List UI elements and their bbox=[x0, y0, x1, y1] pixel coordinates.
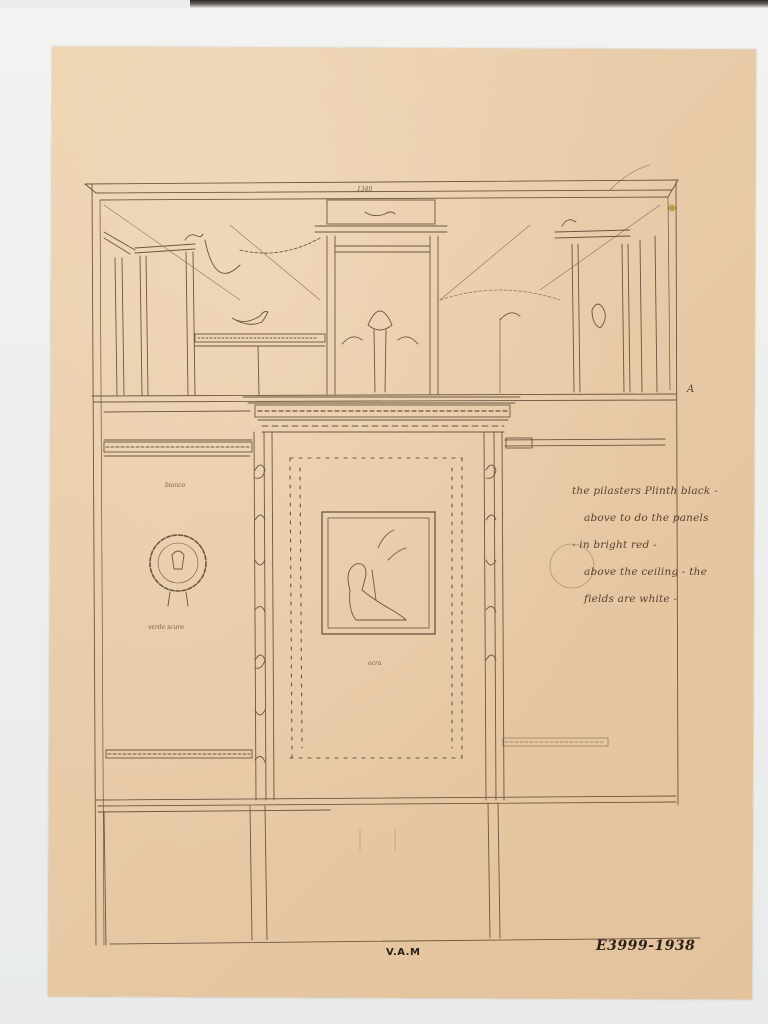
left-panel-caption-bottom: verde scuro bbox=[148, 624, 184, 631]
wreath-medallion-left bbox=[150, 535, 206, 591]
note-line: above to do the panels bbox=[572, 505, 752, 532]
central-entablature bbox=[243, 397, 520, 432]
central-panel-border bbox=[290, 458, 462, 758]
right-upper-pavilion bbox=[440, 220, 657, 393]
pilaster-right bbox=[484, 432, 504, 800]
figure-ornament-right bbox=[592, 304, 605, 328]
note-line: the pilasters Plinth black - bbox=[572, 478, 752, 505]
bird-shelf-left bbox=[195, 312, 325, 396]
central-panel-caption: ocra bbox=[368, 660, 381, 667]
left-outer-edge bbox=[92, 184, 96, 945]
note-line: above the ceiling - the bbox=[572, 559, 752, 586]
left-panel-caption-top: bianco bbox=[165, 482, 185, 489]
central-picture-frame bbox=[322, 512, 435, 634]
foxing-spot bbox=[669, 205, 676, 212]
handwritten-color-note: the pilasters Plinth black - above to do… bbox=[572, 478, 752, 613]
note-line: - in bright red - bbox=[572, 532, 752, 559]
left-panel bbox=[104, 456, 252, 758]
accession-number: E3999-1938 bbox=[596, 938, 695, 954]
margin-marker: A bbox=[687, 384, 694, 395]
left-upper-pavilion bbox=[104, 232, 320, 395]
candelabrum-ornament bbox=[368, 311, 392, 330]
note-line: fields are white - bbox=[572, 586, 752, 613]
dado-base bbox=[96, 796, 700, 945]
pilaster-left bbox=[254, 432, 274, 800]
seated-figure bbox=[348, 564, 406, 620]
perspective-ceiling bbox=[104, 165, 660, 300]
collection-stamp: V.A.M bbox=[386, 947, 420, 958]
garland-left bbox=[205, 240, 240, 273]
upper-cornice bbox=[85, 180, 678, 200]
central-aedicula-upper bbox=[315, 200, 447, 394]
top-measure-label: 1340 bbox=[357, 186, 372, 193]
bird-figure-left bbox=[232, 312, 268, 325]
